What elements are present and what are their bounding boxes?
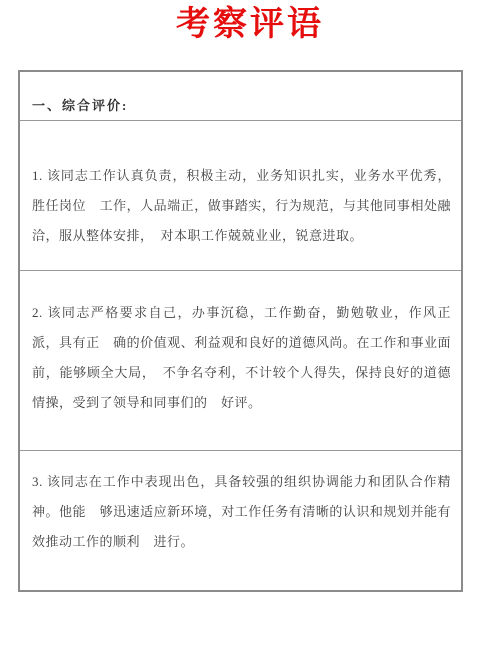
section-heading-row: 一、综合评价: <box>20 72 461 121</box>
paragraph-1-text: 1. 该同志工作认真负责，积极主动，业务知识扎实，业务水平优秀，胜任岗位 工作，… <box>32 161 451 251</box>
paragraph-row-2: 2. 该同志严格要求自己，办事沉稳，工作勤奋，勤勉敬业，作风正派，具有正 确的价… <box>20 271 461 451</box>
paragraph-row-1: 1. 该同志工作认真负责，积极主动，业务知识扎实，业务水平优秀，胜任岗位 工作，… <box>20 121 461 271</box>
paragraph-3-text: 3. 该同志在工作中表现出色，具备较强的组织协调能力和团队合作精神。他能 够迅速… <box>32 467 451 557</box>
paragraph-2-text: 2. 该同志严格要求自己，办事沉稳，工作勤奋，勤勉敬业，作风正派，具有正 确的价… <box>32 298 451 418</box>
document-page: 考察评语 一、综合评价: 1. 该同志工作认真负责，积极主动，业务知识扎实，业务… <box>0 0 500 647</box>
page-title: 考察评语 <box>0 0 500 45</box>
section-heading: 一、综合评价: <box>32 95 128 114</box>
paragraph-row-3: 3. 该同志在工作中表现出色，具备较强的组织协调能力和团队合作精神。他能 够迅速… <box>20 451 461 590</box>
evaluation-table: 一、综合评价: 1. 该同志工作认真负责，积极主动，业务知识扎实，业务水平优秀，… <box>18 70 463 592</box>
